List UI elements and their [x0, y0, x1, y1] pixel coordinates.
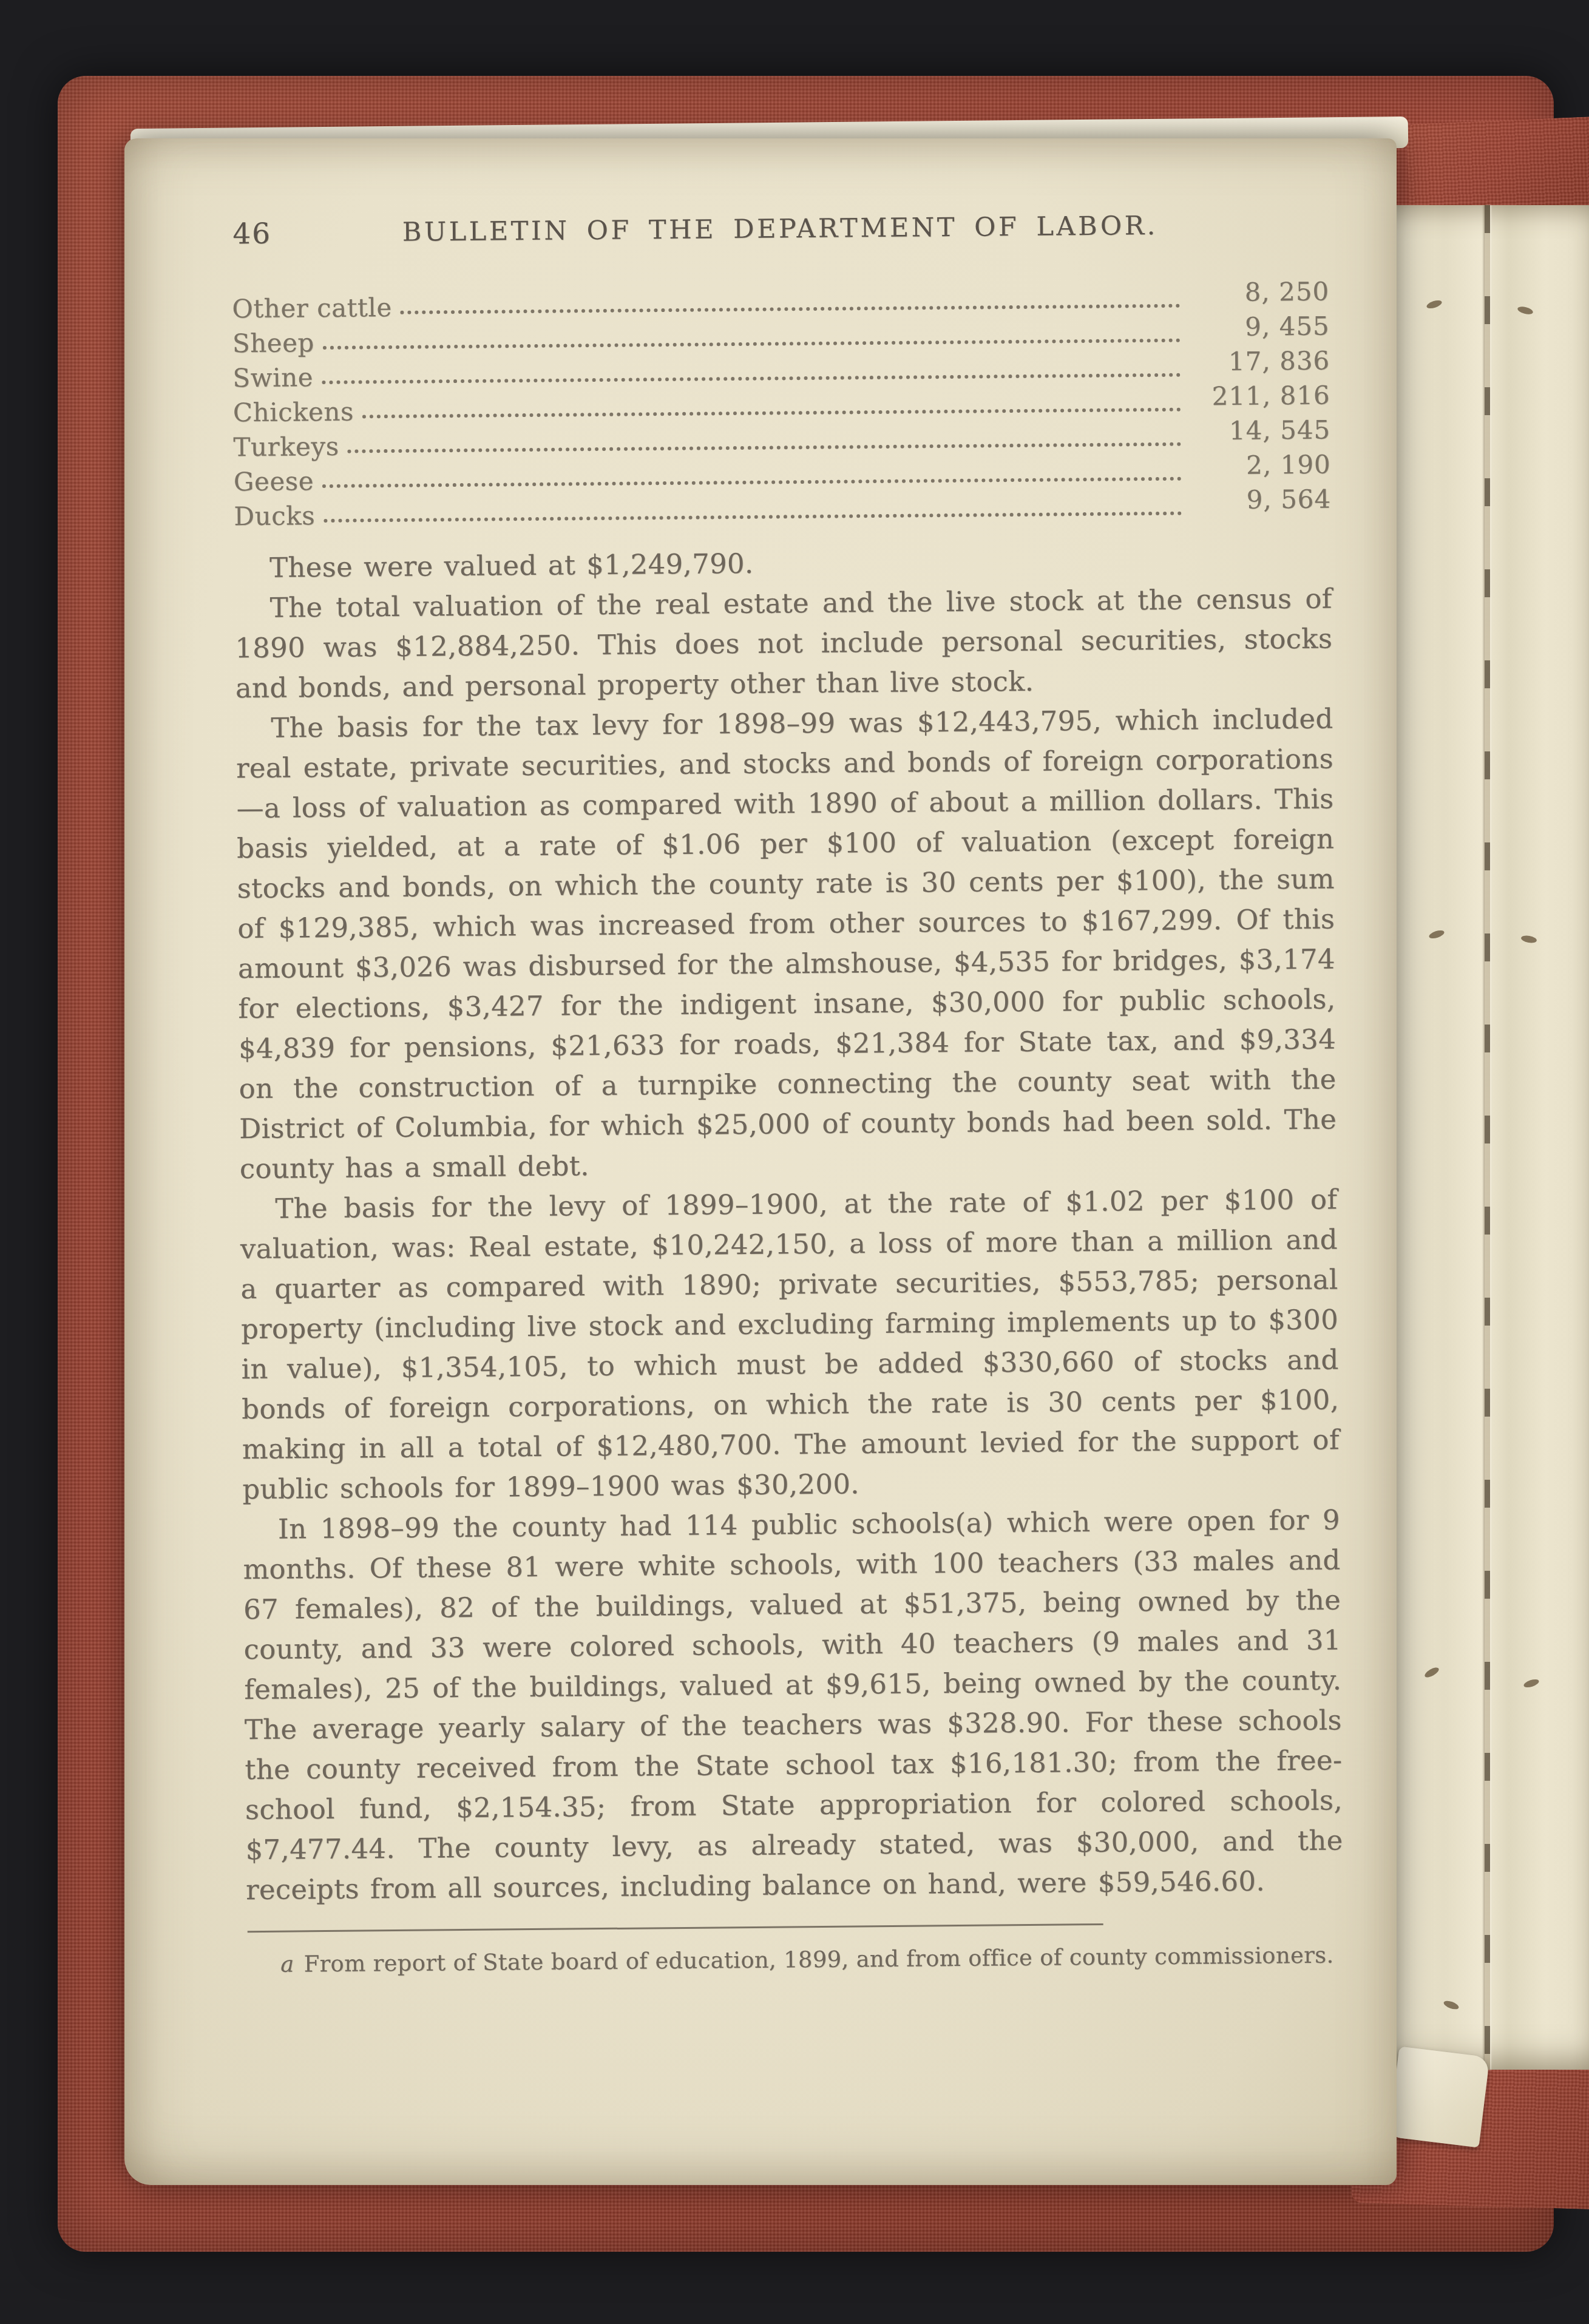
footnote: aFrom report of State board of education…: [246, 1939, 1344, 1981]
row-label: Sheep: [232, 328, 314, 358]
dotted-leader: [323, 339, 1181, 350]
footnote-rule: [248, 1923, 1103, 1933]
stitch-mark: [1428, 929, 1445, 940]
stitch-mark: [1443, 1999, 1460, 2011]
book-page: 46 BULLETIN OF THE DEPARTMENT OF LABOR. …: [124, 138, 1397, 2185]
running-title: BULLETIN OF THE DEPARTMENT OF LABOR.: [231, 209, 1329, 249]
row-label: Ducks: [234, 501, 315, 531]
row-label: Turkeys: [233, 432, 339, 462]
row-label: Chickens: [233, 397, 354, 428]
page-content: 46 BULLETIN OF THE DEPARTMENT OF LABOR. …: [231, 205, 1344, 1982]
stitch-mark: [1426, 299, 1443, 310]
livestock-table: Other cattle 8, 250 Sheep 9, 455 Swine 1…: [232, 280, 1331, 532]
row-value: 8, 250: [1188, 277, 1329, 308]
stitch-mark: [1423, 1665, 1440, 1679]
page-gap-line: [1485, 205, 1490, 2070]
row-value: 9, 564: [1190, 484, 1331, 515]
row-value: 2, 190: [1190, 450, 1330, 481]
stitch-mark: [1523, 1678, 1540, 1689]
paragraph-levy-1899-1900: The basis for the levy of 1899–1900, at …: [240, 1179, 1340, 1509]
row-value: 211, 816: [1189, 381, 1330, 412]
torn-paper-scrap: [1388, 2046, 1489, 2147]
stitch-mark: [1517, 305, 1534, 316]
paragraph-total-valuation: The total valuation of the real estate a…: [234, 579, 1333, 709]
footnote-marker: a: [280, 1951, 294, 1977]
row-label: Geese: [234, 466, 314, 496]
footnote-text: From report of State board of education,…: [303, 1942, 1333, 1977]
dotted-leader: [324, 512, 1182, 523]
paragraph-public-schools: In 1898–99 the county had 114 public sch…: [243, 1500, 1344, 1910]
page-header: 46 BULLETIN OF THE DEPARTMENT OF LABOR.: [231, 205, 1329, 254]
paragraph-tax-levy-1898-99: The basis for the tax levy for 1898–99 w…: [235, 699, 1337, 1190]
row-value: 17, 836: [1189, 346, 1330, 377]
dotted-leader: [348, 442, 1182, 453]
dotted-leader: [322, 477, 1182, 488]
book-photograph: 46 BULLETIN OF THE DEPARTMENT OF LABOR. …: [0, 0, 1589, 2324]
row-value: 14, 545: [1190, 415, 1330, 446]
row-value: 9, 455: [1189, 311, 1330, 342]
row-label: Other cattle: [232, 293, 392, 324]
dotted-leader: [322, 373, 1181, 384]
stitch-mark: [1520, 935, 1537, 944]
page-fore-edges: [1389, 205, 1589, 2070]
dotted-leader: [362, 408, 1181, 419]
dotted-leader: [401, 304, 1181, 314]
row-label: Swine: [232, 362, 313, 393]
